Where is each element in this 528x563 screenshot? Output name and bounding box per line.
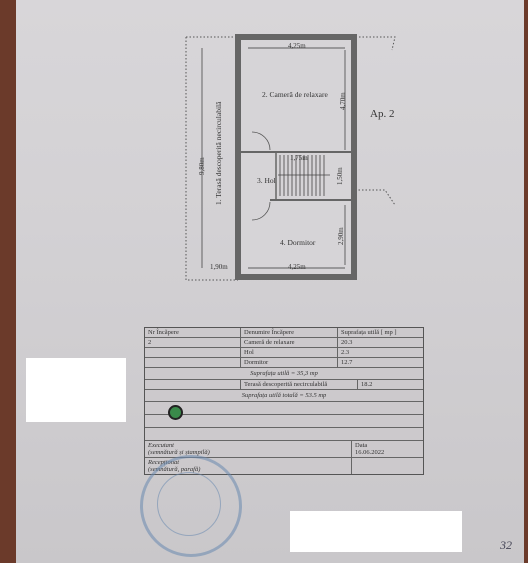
table-row: Hol 2.3	[145, 348, 423, 358]
room-label-terasa: 1. Terasă descoperită necirculabilă	[214, 102, 223, 205]
dim-terrace-length: 9,80m	[198, 157, 206, 175]
dim-bottom-width: 4,25m	[288, 263, 306, 271]
room-label-dormitor: 4. Dormitor	[280, 238, 315, 247]
header-nr: Nr Încăpere	[145, 328, 241, 337]
table-header: Nr Încăpere Denumire Încăpere Suprafața …	[145, 328, 423, 338]
green-seal-icon	[168, 405, 183, 420]
room-label-hol: 3. Hol	[257, 176, 276, 185]
header-area: Suprafața utilă [ mp ]	[338, 328, 423, 337]
header-name: Denumire Încăpere	[241, 328, 338, 337]
total-row: Suprafața utilă totală = 53.5 mp	[145, 390, 423, 402]
dim-stair-width: 1,75m	[290, 154, 308, 162]
date-label: Data	[355, 442, 367, 449]
executant-label: Executant	[148, 442, 174, 449]
subtotal-row: Suprafața utilă = 35,3 mp	[145, 368, 423, 380]
dim-terrace-width: 1,90m	[210, 263, 228, 271]
redacted-area	[26, 358, 126, 422]
floor-plan	[0, 0, 528, 300]
date-value: 16.06.2022	[355, 449, 384, 456]
rooms-table: Nr Încăpere Denumire Încăpere Suprafața …	[144, 327, 424, 475]
room-label-relaxare: 2. Cameră de relaxare	[262, 90, 328, 99]
table-row: Dormitor 12.7	[145, 358, 423, 368]
dim-room4-height: 2,90m	[337, 227, 345, 245]
dim-top-width: 4,25m	[288, 42, 306, 50]
official-stamp	[140, 455, 242, 557]
terrace-row: Terasă descoperită necirculabilă 18.2	[145, 380, 423, 390]
dim-stair-height: 1,50m	[336, 167, 344, 185]
redacted-area	[290, 511, 462, 552]
table-row: 2 Cameră de relaxare 20.3	[145, 338, 423, 348]
page-number: 32	[500, 538, 512, 553]
apartment-label: Ap. 2	[370, 108, 394, 120]
dim-room2-height: 4,70m	[339, 92, 347, 110]
